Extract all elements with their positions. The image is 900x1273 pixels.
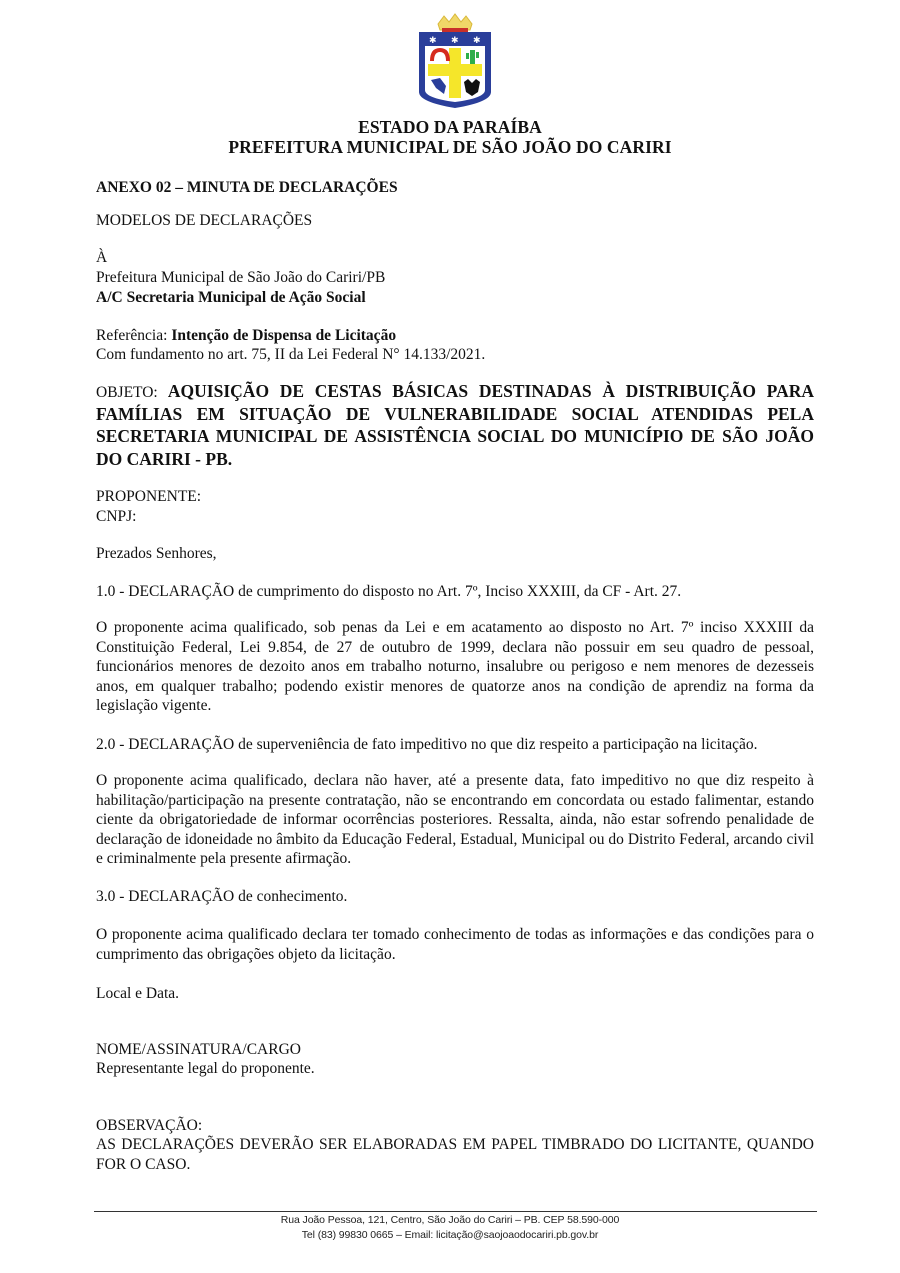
municipal-coat-of-arms-icon: ✱ ✱ ✱ <box>416 12 494 110</box>
greeting: Prezados Senhores, <box>96 544 217 564</box>
addressee-to: À <box>96 248 107 268</box>
object-value: AQUISIÇÃO DE CESTAS BÁSICAS DESTINADAS À… <box>96 381 814 469</box>
reference-label: Referência: <box>96 327 171 344</box>
addressee-attention: A/C Secretaria Municipal de Ação Social <box>96 288 366 308</box>
note-label: OBSERVAÇÃO: <box>96 1116 202 1136</box>
cnpj-label: CNPJ: <box>96 507 137 527</box>
signature-line: NOME/ASSINATURA/CARGO <box>96 1040 301 1060</box>
state-name: ESTADO DA PARAÍBA <box>0 117 900 138</box>
declaration-2-body: O proponente acima qualificado, declara … <box>96 771 814 869</box>
declaration-3-body: O proponente acima qualificado declara t… <box>96 925 814 964</box>
models-title: MODELOS DE DECLARAÇÕES <box>96 211 312 231</box>
svg-text:✱: ✱ <box>473 36 481 46</box>
document-page: ✱ ✱ ✱ ESTADO DA PARAÍBA PREFEITURA MUNIC… <box>0 0 900 1273</box>
signature-role: Representante legal do proponente. <box>96 1059 315 1079</box>
annex-title: ANEXO 02 – MINUTA DE DECLARAÇÕES <box>96 178 398 198</box>
municipality-name: PREFEITURA MUNICIPAL DE SÃO JOÃO DO CARI… <box>0 137 900 158</box>
declaration-1-title: 1.0 - DECLARAÇÃO de cumprimento do dispo… <box>96 582 681 602</box>
reference-basis: Com fundamento no art. 75, II da Lei Fed… <box>96 345 485 365</box>
svg-text:✱: ✱ <box>451 36 459 46</box>
proponent-label: PROPONENTE: <box>96 487 201 507</box>
note-text: AS DECLARAÇÕES DEVERÃO SER ELABORADAS EM… <box>96 1135 814 1174</box>
footer-divider <box>94 1211 817 1212</box>
footer-contact: Tel (83) 99830 0665 – Email: licitação@s… <box>0 1229 900 1241</box>
reference-line: Referência: Intenção de Dispensa de Lici… <box>96 326 396 346</box>
svg-text:✱: ✱ <box>429 36 437 46</box>
footer-address: Rua João Pessoa, 121, Centro, São João d… <box>0 1214 900 1226</box>
declaration-2-title: 2.0 - DECLARAÇÃO de superveniência de fa… <box>96 735 758 755</box>
object-label: OBJETO: <box>96 384 168 401</box>
object-block: OBJETO: AQUISIÇÃO DE CESTAS BÁSICAS DEST… <box>96 381 814 471</box>
reference-value: Intenção de Dispensa de Licitação <box>171 327 396 344</box>
declaration-3-title: 3.0 - DECLARAÇÃO de conhecimento. <box>96 887 347 907</box>
addressee-entity: Prefeitura Municipal de São João do Cari… <box>96 268 385 288</box>
place-date: Local e Data. <box>96 984 179 1004</box>
declaration-1-body: O proponente acima qualificado, sob pena… <box>96 618 814 716</box>
